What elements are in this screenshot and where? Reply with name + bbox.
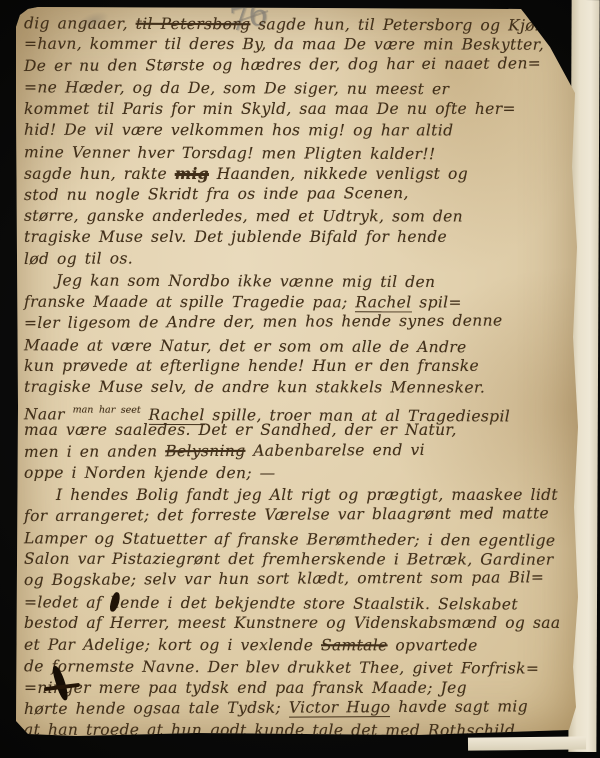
manuscript-line: bestod af Herrer, meest Kunstnere og Vid… [24, 613, 574, 634]
handwritten-word: et Par Adelige; kort og i vexlende [24, 635, 321, 654]
handwritten-word: sagde hun, rakte [24, 165, 175, 183]
crossed-out-word: Samtale [321, 636, 388, 654]
manuscript-line: og Bogskabe; selv var hun sort klædt, om… [24, 567, 574, 591]
handwritten-word: Maade at være Natur, det er som om alle … [24, 336, 467, 356]
underlined-word: Rachel [355, 293, 411, 312]
handwritten-word: hid! De vil være velkommen hos mig! og h… [24, 121, 453, 140]
handwritten-word: opvartede [388, 636, 478, 654]
underlined-word: Rachel [148, 406, 204, 425]
manuscript-line: =ne Hæder, og da De, som De siger, nu me… [24, 78, 574, 102]
handwritten-word: de fornemste Navne. Der blev drukket The… [24, 657, 539, 677]
manuscript-line: men i en anden Belysning Aabenbarelse en… [24, 439, 574, 463]
handwritten-word: Jeg kan som Nordbo ikke vænne mig til de… [56, 272, 435, 292]
handwritten-word: dig angaaer, [24, 14, 136, 32]
handwritten-word: franske Maade at spille Tragedie paa; [24, 292, 355, 311]
handwritten-word: hørte hende ogsaa tale Tydsk; [24, 699, 289, 718]
manuscript-line: oppe i Norden kjende den; — [24, 463, 574, 485]
manuscript-line: for arrangeret; det forreste Værelse var… [24, 503, 574, 527]
handwritten-word: havde sagt mig [390, 697, 528, 716]
handwritten-word: Salon var Pistaziegrønt det fremherskend… [24, 550, 554, 569]
underlined-word: Victor Hugo [289, 698, 391, 718]
handwritten-word: =ne Hæder, og da De, som De siger, nu me… [24, 79, 449, 99]
manuscript-line: =ler ligesom de Andre der, men hos hende… [24, 310, 574, 334]
handwritten-word: Aabenbarelse end vi [245, 441, 425, 460]
manuscript-line: De er nu den Største og hædres der, dog … [24, 53, 574, 77]
handwritten-word: I hendes Bolig fandt jeg Alt rigt og præ… [56, 486, 558, 504]
handwritten-word: kommet til Paris for min Skyld, saa maa … [24, 100, 516, 118]
handwritten-word: tragiske Muse selv, de andre kun stakkel… [24, 378, 485, 397]
manuscript-line: Jeg kan som Nordbo ikke vænne mig til de… [24, 271, 574, 295]
handwritten-word: mig [175, 164, 209, 183]
manuscript-line: =ledet af hende i det bekjendte store St… [24, 592, 574, 616]
manuscript-line: kommet til Paris for min Skyld, saa maa … [24, 99, 574, 120]
handwritten-word: sagde hun, til Petersborg og Kjøben= [250, 15, 578, 34]
handwritten-word: =ninger mere paa tydsk end paa fransk Ma… [24, 679, 467, 697]
handwritten-word: for arrangeret; det forreste Værelse var… [24, 504, 549, 525]
handwritten-word: =ledet af hende i det bekjendte store St… [24, 593, 518, 613]
inserted-word: man har seet [73, 404, 141, 415]
handwritten-word: at han troede at hun godt kunde tale det… [24, 721, 428, 740]
handwritten-word: mine Venner hver Torsdag! men Pligten ka… [24, 143, 436, 163]
handwritten-text: dig angaaer, til Petersborg sagde hun, t… [24, 13, 574, 742]
handwritten-word: De er nu den Største og hædres der, dog … [24, 54, 541, 75]
handwritten-word: spil= [412, 293, 462, 311]
manuscript-line: de fornemste Navne. Der blev drukket The… [24, 656, 574, 680]
manuscript-line: et Par Adelige; kort og i vexlende Samta… [24, 634, 574, 656]
handwritten-word: tragiske Muse selv. Det jublende Bifald … [24, 228, 447, 246]
handwritten-word: =havn, kommer til deres By, da maa De væ… [24, 35, 544, 54]
handwritten-word: Naar [24, 405, 73, 423]
handwritten-word: lød og til os. [24, 249, 133, 268]
manuscript-line: større, ganske anderledes, med et Udtryk… [24, 206, 574, 228]
manuscript-line: mine Venner hver Torsdag! men Pligten ka… [24, 142, 574, 166]
handwritten-word: bestod af Herrer, meest Kunstnere og Vid… [24, 614, 560, 632]
handwritten-word: kun prøvede at efterligne hende! Hun er … [24, 357, 479, 375]
handwritten-word: =ler ligesom de Andre der, men hos hende… [24, 312, 503, 333]
manuscript-line: hørte hende ogsaa tale Tydsk; Victor Hug… [24, 696, 574, 720]
manuscript-line: hid! De vil være velkommen hos mig! og h… [24, 120, 574, 142]
handwritten-word: men i en anden [24, 442, 165, 461]
handwritten-word: spille, troer man at al Tragediespil [205, 406, 511, 425]
crossed-out-word: Belysning [165, 442, 245, 460]
manuscript-line: tragiske Muse selv, de andre kun stakkel… [24, 377, 574, 399]
handwritten-word: Haanden, nikkede venligst og [209, 165, 468, 183]
handwritten-word [141, 406, 149, 424]
handwritten-word: stod nu nogle Skridt fra os inde paa Sce… [24, 183, 409, 203]
manuscript-line: kun prøvede at efterligne hende! Hun er … [24, 356, 574, 377]
handwritten-word: større, ganske anderledes, med et Udtryk… [24, 207, 463, 226]
manuscript-line: Naar man har seet Rachel spille, troer m… [24, 399, 574, 423]
handwritten-word: oppe i Norden kjende den; — [24, 464, 276, 482]
manuscript-line: sagde hun, rakte mig Haanden, nikkede ve… [24, 163, 574, 184]
crossed-out-word: til Petersborg [136, 15, 251, 34]
manuscript-photo: 76 dig angaaer, til Petersborg sagde hun… [0, 0, 600, 758]
handwritten-word: og Bogskabe; selv var hun sort klædt, om… [24, 569, 544, 590]
page-behind-bottom-edge [468, 736, 586, 750]
manuscript-line: lød og til os. [24, 246, 574, 270]
manuscript-line: Maade at være Natur, det er som om alle … [24, 335, 574, 359]
manuscript-line: stod nu nogle Skridt fra os inde paa Sce… [24, 182, 574, 206]
handwritten-word: Lamper og Statuetter af franske Berømthe… [24, 529, 555, 549]
manuscript-page: 76 dig angaaer, til Petersborg sagde hun… [16, 7, 578, 736]
